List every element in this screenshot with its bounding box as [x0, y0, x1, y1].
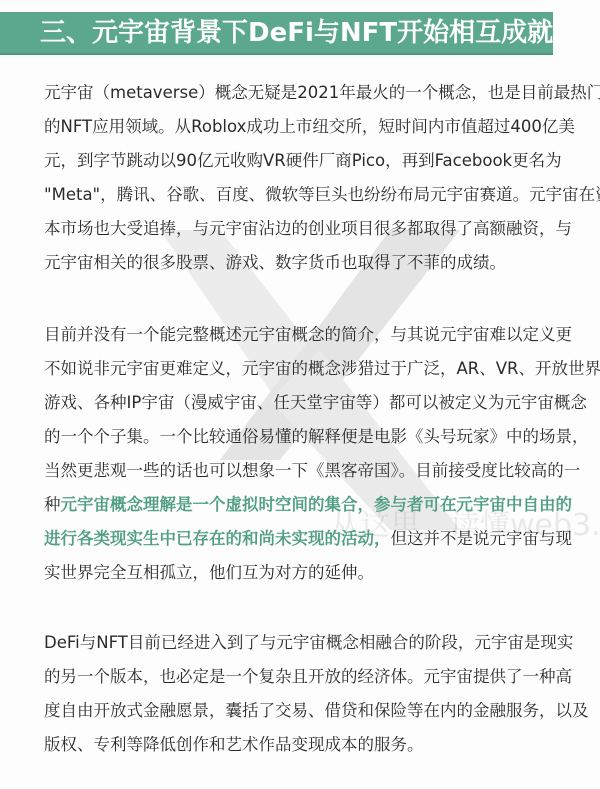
body-text: 的一个个子集。一个比较通俗易懂的解释便是电影《头号玩家》中的场景， [44, 427, 589, 446]
body-text: 元宇宙（metaverse）概念无疑是2021年最火的一个概念，也是目前最热门 [44, 83, 600, 102]
text-line: 元宇宙相关的很多股票、游戏、数字货币也取得了不菲的成绩。 [44, 246, 564, 280]
section-title: 三、元宇宙背景下DeFi与NFT开始相互成就 [40, 16, 553, 50]
highlighted-text: 元宇宙概念理解是一个虚拟时空间的集合，参与者可在元宇宙中自由的 [61, 495, 573, 514]
body-text: 元，到字节跳动以90亿元收购VR硬件厂商Pico，再到Facebook更名为 [44, 151, 562, 170]
text-line: 不如说非元宇宙更难定义，元宇宙的概念涉猎过于广泛，AR、VR、开放世界 [44, 352, 564, 386]
text-line: 元，到字节跳动以90亿元收购VR硬件厂商Pico，再到Facebook更名为 [44, 144, 564, 178]
body-text: 目前并没有一个能完整概述元宇宙概念的简介，与其说元宇宙难以定义更 [44, 325, 572, 344]
text-line: 种元宇宙概念理解是一个虚拟时空间的集合，参与者可在元宇宙中自由的 [44, 488, 564, 522]
text-line: 本市场也大受追捧，与元宇宙沾边的创业项目很多都取得了高额融资，与 [44, 212, 564, 246]
text-line: 度自由开放式金融愿景，囊括了交易、借贷和保险等在内的金融服务，以及 [44, 694, 564, 728]
text-line: DeFi与NFT目前已经进入到了与元宇宙概念相融合的阶段，元宇宙是现实 [44, 626, 564, 660]
body-text: 度自由开放式金融愿景，囊括了交易、借贷和保险等在内的金融服务，以及 [44, 701, 589, 720]
body-text: 游戏、各种IP宇宙（漫威宇宙、任天堂宇宙等）都可以被定义为元宇宙概念 [44, 393, 587, 412]
text-line: 的一个个子集。一个比较通俗易懂的解释便是电影《头号玩家》中的场景， [44, 420, 564, 454]
text-line: 当然更悲观一些的话也可以想象一下《黑客帝国》。目前接受度比较高的一 [44, 454, 564, 488]
body-text: 种 [44, 495, 61, 514]
body-text: 版权、专利等降低创作和艺术作品变现成本的服务。 [44, 735, 424, 754]
text-line: 实世界完全互相孤立，他们互为对方的延伸。 [44, 556, 564, 590]
body-text: 但这并不是说元宇宙与现 [391, 529, 573, 548]
body-text: 不如说非元宇宙更难定义，元宇宙的概念涉猎过于广泛，AR、VR、开放世界 [44, 359, 600, 378]
highlighted-text: 进行各类现实生中已存在的和尚未实现的活动， [44, 529, 391, 548]
text-line: 版权、专利等降低创作和艺术作品变现成本的服务。 [44, 728, 564, 762]
paragraph-metaverse-intro: 元宇宙（metaverse）概念无疑是2021年最火的一个概念，也是目前最热门的… [44, 76, 564, 280]
text-line: 的另一个版本，也必定是一个复杂且开放的经济体。元宇宙提供了一种高 [44, 660, 564, 694]
text-line: 的NFT应用领域。从Roblox成功上市纽交所，短时间内市值超过400亿美 [44, 110, 564, 144]
body-text: 的NFT应用领域。从Roblox成功上市纽交所，短时间内市值超过400亿美 [44, 117, 575, 136]
text-line: "Meta"，腾讯、谷歌、百度、微软等巨头也纷纷布局元宇宙赛道。元宇宙在资 [44, 178, 564, 212]
body-text: 的另一个版本，也必定是一个复杂且开放的经济体。元宇宙提供了一种高 [44, 667, 572, 686]
text-line: 目前并没有一个能完整概述元宇宙概念的简介，与其说元宇宙难以定义更 [44, 318, 564, 352]
paragraph-defi-nft-fusion: DeFi与NFT目前已经进入到了与元宇宙概念相融合的阶段，元宇宙是现实的另一个版… [44, 626, 564, 762]
text-line: 进行各类现实生中已存在的和尚未实现的活动，但这并不是说元宇宙与现 [44, 522, 564, 556]
paragraph-metaverse-definition: 目前并没有一个能完整概述元宇宙概念的简介，与其说元宇宙难以定义更不如说非元宇宙更… [44, 318, 564, 590]
body-text: DeFi与NFT目前已经进入到了与元宇宙概念相融合的阶段，元宇宙是现实 [44, 633, 573, 652]
body-text: 实世界完全互相孤立，他们互为对方的延伸。 [44, 563, 374, 582]
text-line: 游戏、各种IP宇宙（漫威宇宙、任天堂宇宙等）都可以被定义为元宇宙概念 [44, 386, 564, 420]
section-header-bar: 三、元宇宙背景下DeFi与NFT开始相互成就 [0, 12, 553, 55]
body-text: "Meta"，腾讯、谷歌、百度、微软等巨头也纷纷布局元宇宙赛道。元宇宙在资 [44, 185, 600, 204]
text-line: 元宇宙（metaverse）概念无疑是2021年最火的一个概念，也是目前最热门 [44, 76, 564, 110]
body-text: 元宇宙相关的很多股票、游戏、数字货币也取得了不菲的成绩。 [44, 253, 506, 272]
body-text: 本市场也大受追捧，与元宇宙沾边的创业项目很多都取得了高额融资，与 [44, 219, 572, 238]
body-text: 当然更悲观一些的话也可以想象一下《黑客帝国》。目前接受度比较高的一 [44, 461, 580, 480]
